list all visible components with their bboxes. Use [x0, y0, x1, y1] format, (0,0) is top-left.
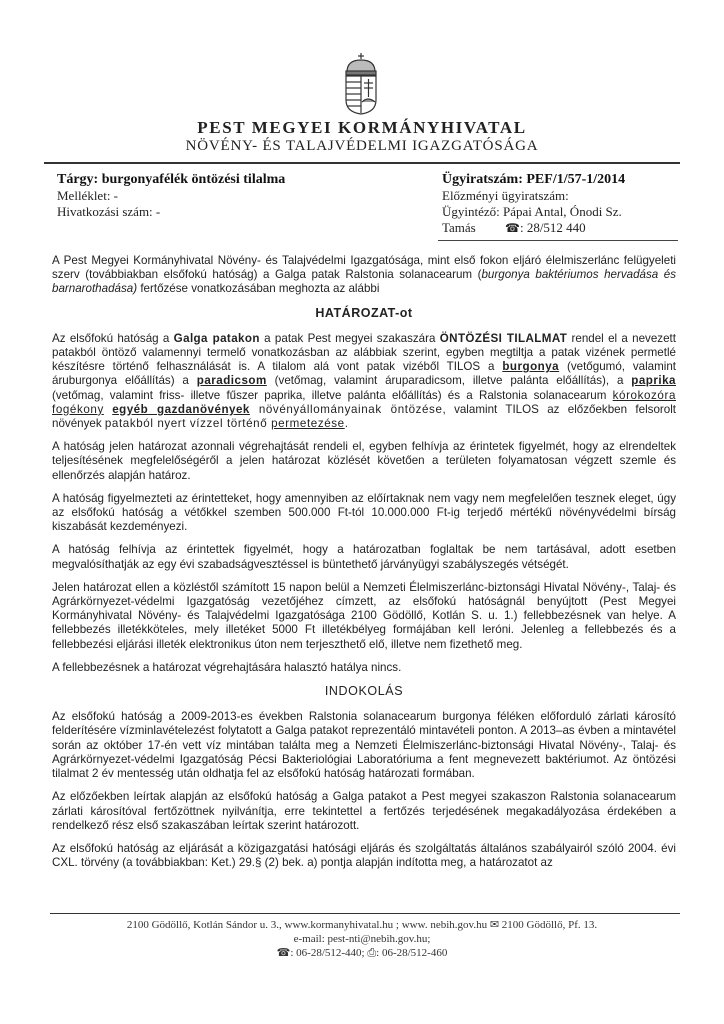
reasoning-paragraph-1: Az elsőfokú hatóság a 2009-2013-es évekb…: [52, 710, 676, 781]
no-suspension-paragraph: A fellebbezésnek a határozat végrehajtás…: [52, 661, 676, 675]
coat-of-arms-icon: [339, 52, 383, 116]
subject-line: Tárgy: burgonyafélék öntözési tilalma: [57, 172, 285, 188]
meta-divider: [438, 240, 678, 241]
previous-case-line: Előzményi ügyiratszám:: [442, 188, 625, 204]
department-name: NÖVÉNY- ÉS TALAJVÉDELMI IGAZGATÓSÁGA: [0, 138, 724, 155]
other-host-plants: egyéb gazdanövények: [112, 403, 250, 416]
handler-phone: : 28/512 440: [520, 220, 586, 236]
telephone-icon: ☎: [277, 947, 291, 959]
decision-text: a patak Pest megyei szakaszára: [260, 332, 440, 345]
footer-postal-address: 2100 Gödöllő, Pf. 13.: [499, 919, 597, 931]
decision-heading: HATÁROZAT-ot: [52, 306, 676, 320]
decision-text: .: [345, 417, 348, 430]
decision-text: Az elsőfokú hatóság a: [52, 332, 174, 345]
fine-paragraph: A hatóság figyelmezteti az érintetteket,…: [52, 492, 676, 535]
reasoning-paragraph-3: Az elsőfokú hatóság az eljárását a közig…: [52, 842, 676, 870]
postbox-icon: ✉: [490, 919, 499, 931]
decision-text: növényállományainak öntözése: [250, 403, 443, 416]
fax-icon: ⎙: [367, 947, 376, 959]
decision-text: (vetőmag, valamint friss- illetve fűszer…: [52, 389, 613, 402]
reference-number-line: Hivatkozási szám: -: [57, 204, 285, 220]
reasoning-heading: INDOKOLÁS: [52, 684, 676, 698]
crop-pepper: paprika: [631, 374, 676, 387]
decision-text: (vetőmag, valamint áruparadicsom, illetv…: [267, 374, 631, 387]
footer: 2100 Gödöllő, Kotlán Sándor u. 3., www.k…: [0, 918, 724, 960]
handler-continued: Tamás: [442, 220, 476, 236]
intro-paragraph: A Pest Megyei Kormányhivatal Növény- és …: [52, 254, 676, 297]
footer-address-line: 2100 Gödöllő, Kotlán Sándor u. 3., www.k…: [0, 918, 724, 932]
footer-address: 2100 Gödöllő, Kotlán Sándor u. 3., www.k…: [127, 919, 487, 931]
document-meta-right: Ügyiratszám: PEF/1/57-1/2014 Előzményi ü…: [442, 172, 625, 236]
footer-divider: [50, 913, 680, 914]
decision-text: patakból nyert vízzel történő: [105, 417, 271, 430]
attachment-line: Melléklet: -: [57, 188, 285, 204]
handler-line: Ügyintéző: Pápai Antal, Ónodi Sz.: [442, 204, 625, 220]
footer-contact-line: ☎: 06-28/512-440; ⎙: 06-28/512-460: [0, 946, 724, 960]
reasoning-paragraph-2: Az előzőekben leírtak alapján az elsőfok…: [52, 790, 676, 833]
stream-name: Galga patakon: [174, 332, 260, 345]
document-body: A Pest Megyei Kormányhivatal Növény- és …: [52, 254, 676, 879]
crop-potato: burgonya: [502, 360, 559, 373]
irrigation-ban: ÖNTÖZÉSI TILALMAT: [440, 332, 567, 345]
telephone-icon: ☎: [505, 220, 520, 236]
footer-fax: : 06-28/512-460: [376, 947, 447, 959]
decision-paragraph: Az elsőfokú hatóság a Galga patakon a pa…: [52, 332, 676, 431]
case-number-line: Ügyiratszám: PEF/1/57-1/2014: [442, 172, 625, 188]
criminal-paragraph: A hatóság felhívja az érintettek figyelm…: [52, 543, 676, 571]
crop-tomato: paradicsom: [197, 374, 267, 387]
intro-text-end: fertőzése vonatkozásában meghozta az alá…: [137, 282, 379, 295]
appeal-paragraph: Jelen határozat ellen a közléstől számít…: [52, 581, 676, 652]
header-divider: [44, 162, 680, 164]
case-number-value: PEF/1/57-1/2014: [526, 172, 625, 187]
subject-value: burgonyafélék öntözési tilalma: [102, 172, 286, 187]
enforcement-paragraph: A hatóság jelen határozat azonnali végre…: [52, 440, 676, 483]
handler-phone-line: Tamás ☎: 28/512 440: [442, 220, 625, 236]
case-number-label: Ügyiratszám:: [442, 172, 523, 187]
subject-label: Tárgy:: [57, 172, 98, 187]
footer-phone: : 06-28/512-440;: [290, 947, 367, 959]
organization-name: PEST MEGYEI KORMÁNYHIVATAL: [0, 118, 724, 138]
footer-email: e-mail: pest-nti@nebih.gov.hu;: [0, 932, 724, 946]
document-meta-left: Tárgy: burgonyafélék öntözési tilalma Me…: [57, 172, 285, 220]
spraying-text: permetezése: [271, 417, 345, 430]
